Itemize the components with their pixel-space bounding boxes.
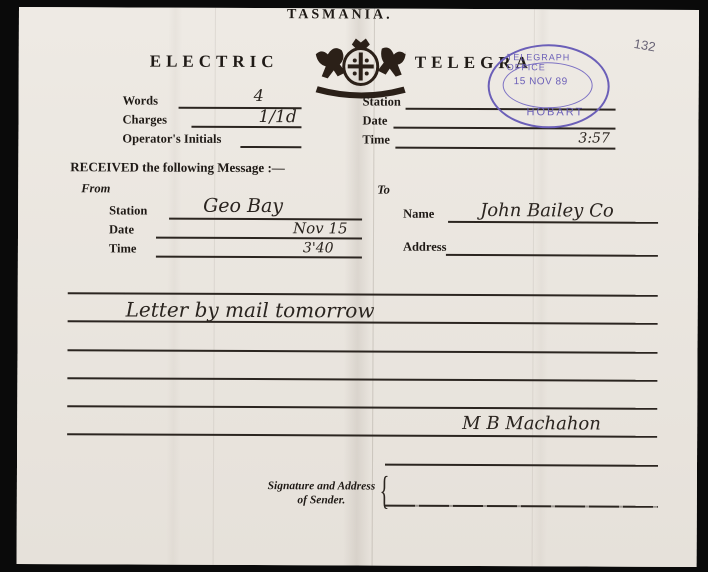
from-time-value: 3'40	[303, 240, 334, 256]
sender-label-line1: Signature and Address	[249, 479, 394, 494]
message-line-1	[68, 292, 658, 297]
from-station-label: Station	[109, 203, 147, 218]
to-name-value: John Bailey Co	[480, 200, 614, 222]
telegram-form: TASMANIA. ELECTRIC TELEGRA 132 Words 4 C…	[17, 7, 699, 567]
coat-of-arms-icon	[306, 36, 416, 98]
message-line-4	[67, 377, 657, 382]
message-line-2	[68, 320, 658, 325]
fold-crease	[213, 8, 216, 565]
words-label: Words	[123, 93, 159, 108]
time-line	[395, 147, 615, 149]
to-address-line	[446, 254, 658, 256]
to-name-label: Name	[403, 207, 434, 222]
curly-brace: {	[380, 467, 390, 514]
title-left: ELECTRIC	[150, 52, 279, 73]
corner-pencil-note: 132	[633, 36, 657, 55]
from-time-label: Time	[109, 241, 137, 256]
charges-value: 1/1d	[258, 107, 296, 127]
station-label: Station	[363, 95, 401, 110]
stamp-date: 15 NOV 89	[514, 76, 568, 87]
sender-address-line	[385, 505, 658, 508]
to-address-label: Address	[403, 240, 447, 255]
from-date-value: Nov 15	[293, 219, 348, 237]
sender-label: Signature and Address of Sender.	[249, 479, 394, 508]
sender-signature: M B Machahon	[462, 413, 601, 435]
sender-label-line2: of Sender.	[249, 493, 394, 508]
from-date-label: Date	[109, 222, 134, 237]
stamp-top-text: TELEGRAPH OFFICE	[507, 52, 608, 72]
date-line	[393, 127, 615, 129]
sender-signature-line	[385, 464, 658, 467]
date-label: Date	[362, 113, 387, 128]
received-heading: RECEIVED the following Message :—	[70, 159, 285, 176]
from-heading: From	[81, 181, 110, 196]
message-line-3	[67, 349, 657, 354]
colony-name: TASMANIA.	[287, 7, 393, 23]
stamp-bottom-text: HOBART	[527, 106, 585, 118]
operator-initials-line	[240, 146, 301, 148]
message-text: Letter by mail tomorrow	[126, 297, 375, 322]
operator-initials-label: Operator's Initials	[122, 131, 221, 146]
telegraph-office-stamp: TELEGRAPH OFFICE 15 NOV 89 HOBART	[487, 44, 609, 129]
message-line-5	[67, 405, 657, 410]
time-value: 3:57	[578, 130, 610, 146]
from-station-value: Geo Bay	[203, 195, 283, 217]
time-label: Time	[362, 132, 390, 147]
words-value: 4	[254, 86, 264, 105]
to-heading: To	[377, 183, 390, 198]
charges-label: Charges	[122, 112, 167, 127]
